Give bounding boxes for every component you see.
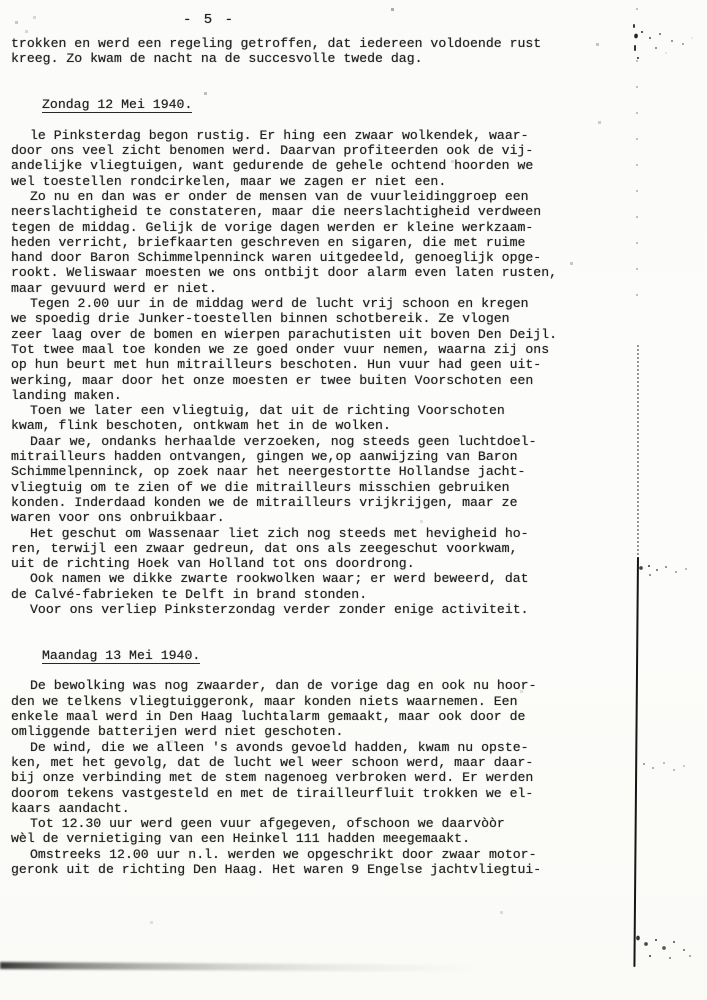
text-line: le Pinksterdag begon rustig. Er hing een… xyxy=(11,128,611,143)
text-line: kwam, flink beschoten, ontkwam het in de… xyxy=(11,418,611,433)
text-line: De wind, die we alleen 's avonds gevoeld… xyxy=(11,740,611,755)
text-line: Daar we, ondanks herhaalde verzoeken, no… xyxy=(11,434,611,449)
text-line: trokken en werd een regeling getroffen, … xyxy=(11,36,611,51)
scan-bottom-smudge-artifact xyxy=(0,962,480,972)
text-line: heden verricht, briefkaarten geschreven … xyxy=(11,235,611,250)
text-line: den we telkens vliegtuiggeronk, maar kon… xyxy=(11,694,611,709)
heading-row: Zondag 12 Mei 1940. xyxy=(11,97,611,112)
text-line: werking, maar door het onze moesten er t… xyxy=(11,373,611,388)
text-line: uit de richting Hoek van Holland tot ons… xyxy=(11,556,611,571)
text-line: Het geschut om Wassenaar liet zich nog s… xyxy=(11,526,611,541)
scan-noise-right-mid-artifact xyxy=(636,560,700,582)
text-line: Tot 12.30 uur werd geen vuur afgegeven, … xyxy=(11,816,611,831)
text-line: zeer laag over de bomen en wierpen parac… xyxy=(11,327,611,342)
scan-noise-bottom-right-artifact xyxy=(630,928,704,968)
blank-line-gap xyxy=(11,617,611,648)
text-line: de Calvé-fabrieken te Delft in brand sto… xyxy=(11,587,611,602)
text-line: geronk uit de richting Den Haag. Het war… xyxy=(11,862,611,877)
text-line: waren voor ons onbruikbaar. xyxy=(11,510,611,525)
text-line: Tegen 2.00 uur in de middag werd de luch… xyxy=(11,296,611,311)
date-heading: Zondag 12 Mei 1940. xyxy=(42,97,192,113)
blank-line-gap xyxy=(11,67,611,98)
scan-speckles-artifact xyxy=(0,0,1,1)
text-line: De bewolking was nog zwaarder, dan de vo… xyxy=(11,678,611,693)
text-line: landing maken. xyxy=(11,388,611,403)
text-line: neerslachtigheid te constateren, maar di… xyxy=(11,204,611,219)
text-line: kreeg. Zo kwam de nacht na de succesvoll… xyxy=(11,51,611,66)
scan-vertical-line-faint-artifact xyxy=(637,345,639,559)
scan-noise-right-lower-artifact xyxy=(638,758,694,780)
scanned-page: - 5 - trokken en werd een regeling getro… xyxy=(0,0,707,1000)
text-line: Omstreeks 12.00 uur n.l. werden we opges… xyxy=(11,847,611,862)
text-line: op hun beurt met hun mitrailleurs bescho… xyxy=(11,357,611,372)
text-line: wèl de vernietiging van een Heinkel 111 … xyxy=(11,831,611,846)
text-line: door ons veel zicht benomen werd. Daarva… xyxy=(11,143,611,158)
text-line: ren, terwijl een zwaar gedreun, dat ons … xyxy=(11,541,611,556)
text-line: Zo nu en dan was er onder de mensen van … xyxy=(11,189,611,204)
text-line: kaars aandacht. xyxy=(11,801,611,816)
text-line: we spoedig drie Junker-toestellen binnen… xyxy=(11,311,611,326)
text-line: mitrailleurs hadden ontvangen, gingen we… xyxy=(11,449,611,464)
blank-line-gap xyxy=(11,112,611,127)
text-line: doorom tekens vastgesteld en met de tira… xyxy=(11,786,611,801)
page-number: - 5 - xyxy=(183,12,235,28)
text-line: Toen we later een vliegtuig, dat uit de … xyxy=(11,403,611,418)
document-body: trokken en werd een regeling getroffen, … xyxy=(11,36,611,877)
heading-row: Maandag 13 Mei 1940. xyxy=(11,648,611,663)
scan-noise-top-right-artifact xyxy=(626,8,704,70)
text-line: hand door Baron Schimmelpenninck waren u… xyxy=(11,250,611,265)
text-line: Tot twee maal toe konden we ze goed onde… xyxy=(11,342,611,357)
text-line: andelijke vliegtuigen, want gedurende de… xyxy=(11,158,611,173)
text-line: Schimmelpenninck, op zoek naar het neerg… xyxy=(11,464,611,479)
text-line: vliegtuig om te zien of we die mitraille… xyxy=(11,480,611,495)
text-line: maar gevuurd werd er niet. xyxy=(11,281,611,296)
text-line: tegen de middag. Gelijk de vorige dagen … xyxy=(11,220,611,235)
text-line: Ook namen we dikke zwarte rookwolken waa… xyxy=(11,571,611,586)
text-line: konden. Inderdaad konden we de mitraille… xyxy=(11,495,611,510)
text-line: rookt. Weliswaar moesten we ons ontbijt … xyxy=(11,265,611,280)
text-line: Voor ons verliep Pinksterzondag verder z… xyxy=(11,602,611,617)
text-line: enkele maal werd in Den Haag luchtalarm … xyxy=(11,709,611,724)
date-heading: Maandag 13 Mei 1940. xyxy=(42,648,200,664)
blank-line-gap xyxy=(11,663,611,678)
text-line: wel toestellen rondcirkelen, maar we zag… xyxy=(11,174,611,189)
text-line: ken, met het gevolg, dat de lucht wel we… xyxy=(11,755,611,770)
text-line: bij onze verbinding met de stem nagenoeg… xyxy=(11,770,611,785)
text-line: omliggende batterijen werd niet geschote… xyxy=(11,724,611,739)
